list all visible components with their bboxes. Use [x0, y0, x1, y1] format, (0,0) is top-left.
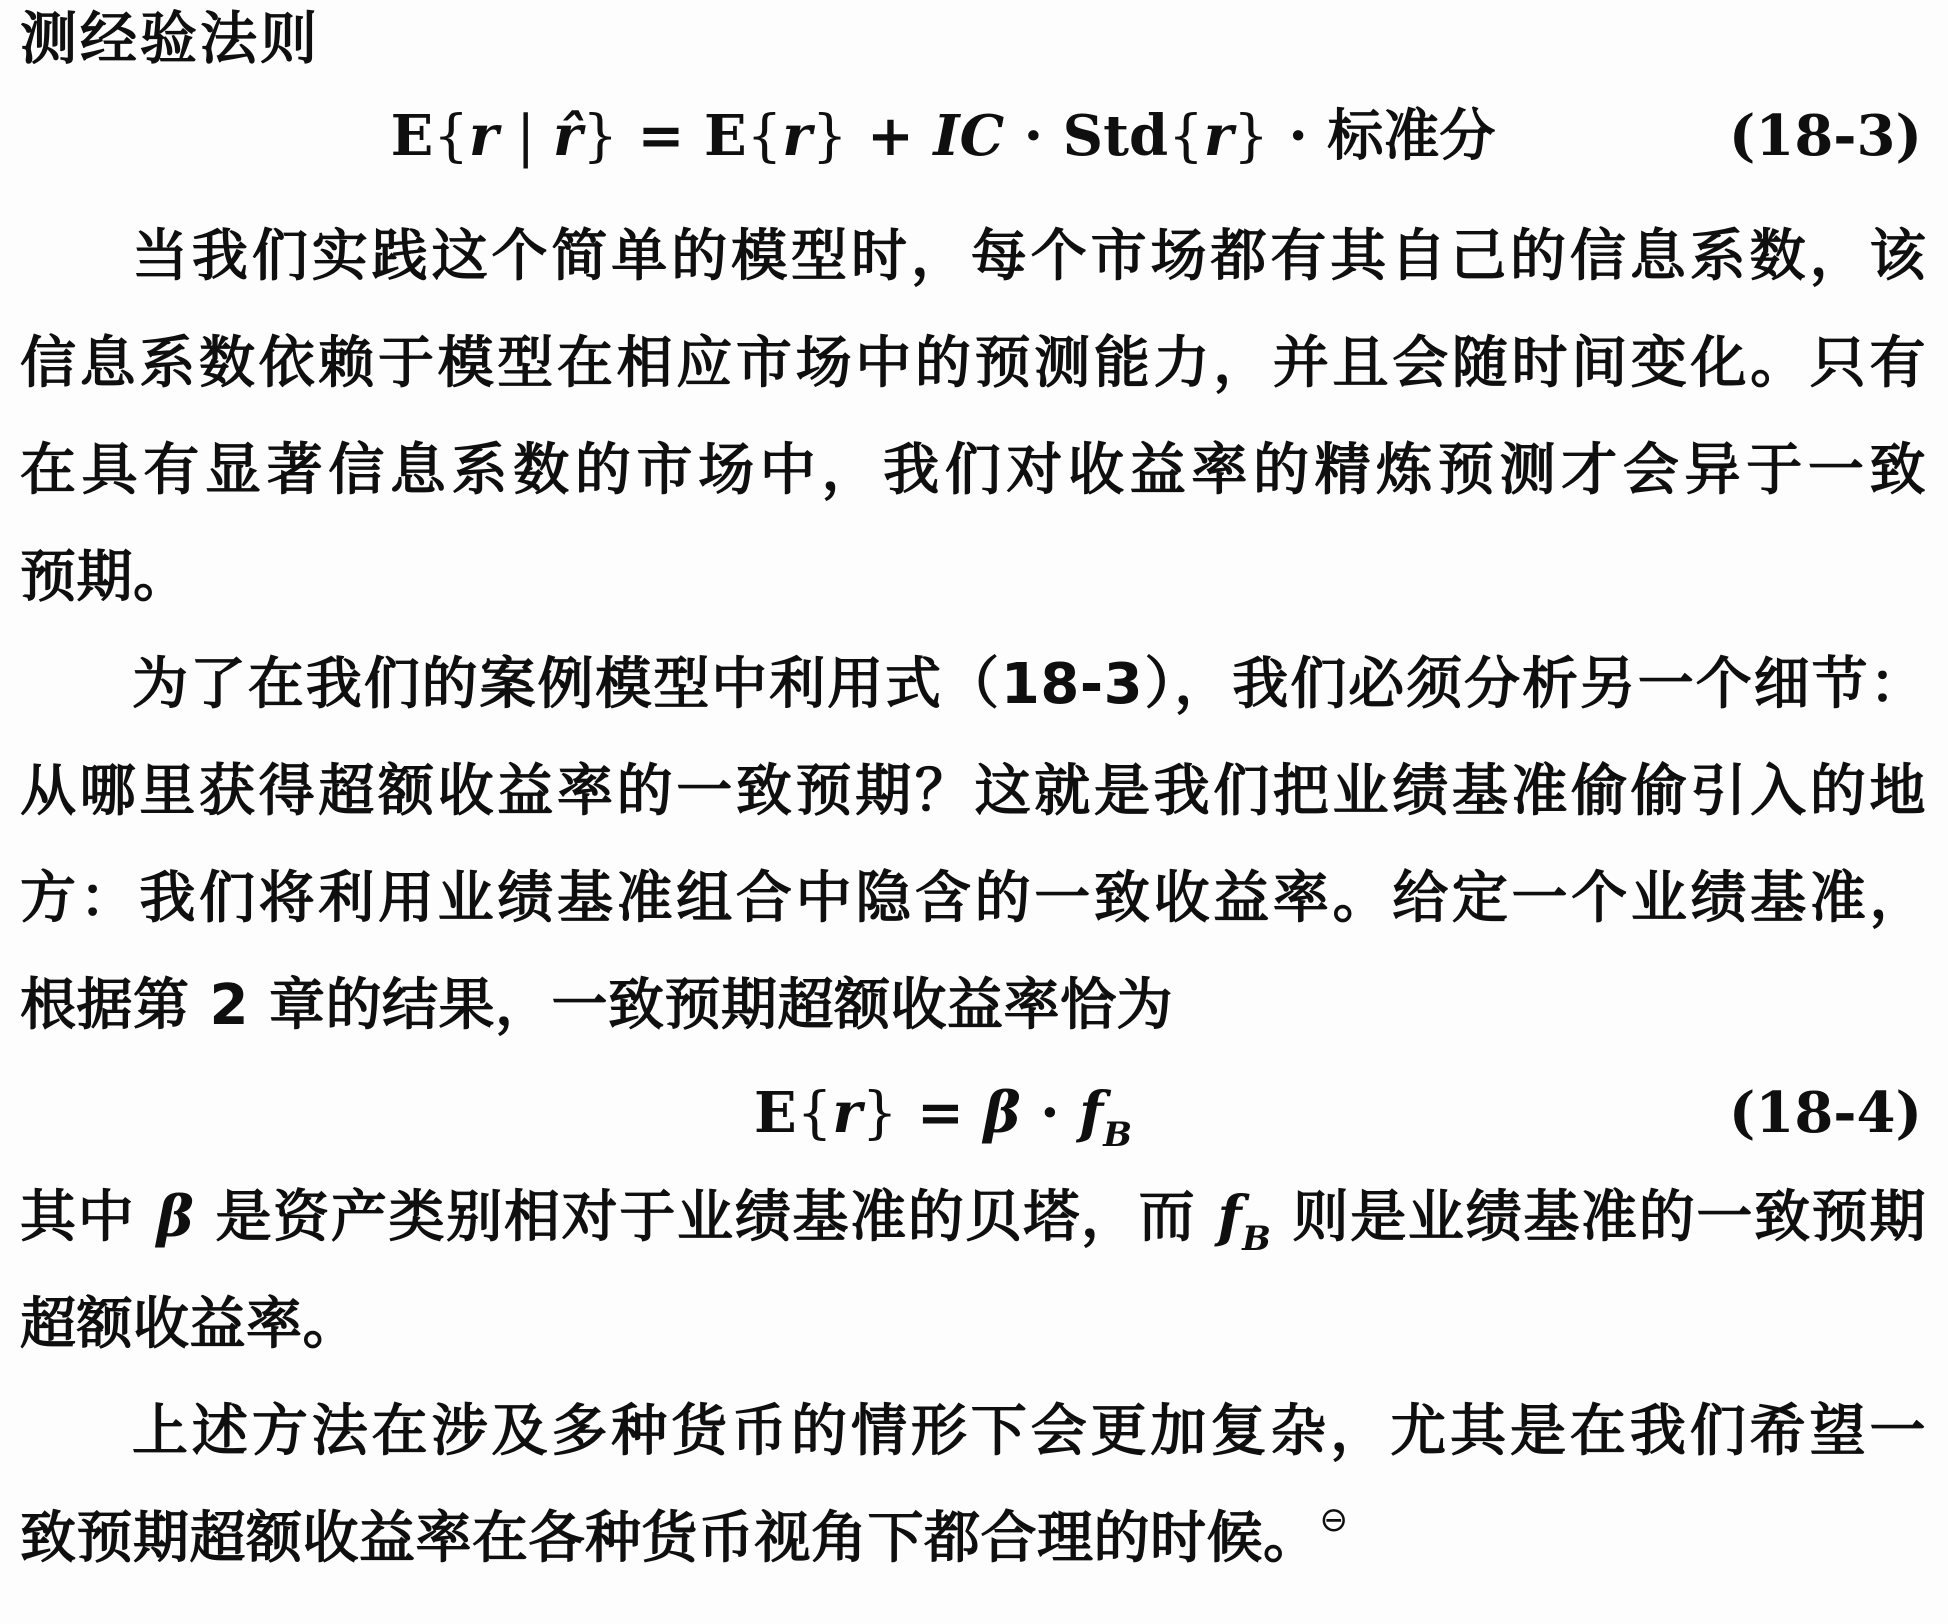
text-segment: 其中	[20, 1185, 157, 1250]
dot-operator: ·	[1021, 1080, 1080, 1146]
equation-18-3-formula: E{r | r̂} = E{r} + IC · Std{r} · 标准分	[391, 86, 1496, 187]
forecast-variable: r̂	[553, 103, 583, 169]
paragraph-2: 为了在我们的案例模型中利用式（18-3），我们必须分析另一个细节： 从哪里获得超…	[20, 631, 1926, 1059]
footnote-marker: ⊖	[1320, 1500, 1349, 1540]
dot-operator: ·	[1004, 103, 1063, 169]
text-line: 从哪里获得超额收益率的一致预期？这就是我们把业绩基准偷偷引入的地	[20, 738, 1926, 845]
std-operator: Std	[1063, 103, 1168, 169]
text-segment: 则是业绩基准的一致预期	[1271, 1185, 1926, 1250]
text-line: 致预期超额收益率在各种货币视角下都合理的时候。⊖	[20, 1485, 1926, 1592]
dot-operator: ·	[1269, 103, 1328, 169]
section-heading: 测经验法则	[20, 6, 1926, 72]
benchmark-forecast-variable: f	[1218, 1184, 1243, 1250]
text-line: 信息系数依赖于模型在相应市场中的预测能力，并且会随时间变化。只有	[20, 310, 1926, 417]
text-line: 上述方法在涉及多种货币的情形下会更加复杂，尤其是在我们希望一	[20, 1378, 1926, 1485]
expectation-operator: E	[704, 103, 747, 169]
benchmark-subscript: B	[1242, 1219, 1271, 1259]
text-line: 根据第 2 章的结果，一致预期超额收益率恰为	[20, 952, 1926, 1059]
beta-variable: β	[983, 1080, 1020, 1146]
open-brace: {	[797, 1081, 833, 1146]
zscore-term: 标准分	[1327, 104, 1495, 169]
paragraph-4: 上述方法在涉及多种货币的情形下会更加复杂，尤其是在我们希望一 致预期超额收益率在…	[20, 1378, 1926, 1592]
close-brace: }	[862, 1081, 898, 1146]
benchmark-forecast-variable: f	[1079, 1080, 1103, 1146]
open-brace: {	[433, 104, 469, 169]
text-line: 方：我们将利用业绩基准组合中隐含的一致收益率。给定一个业绩基准，	[20, 845, 1926, 952]
expectation-operator: E	[754, 1080, 797, 1146]
equation-18-3: E{r | r̂} = E{r} + IC · Std{r} · 标准分 (18…	[20, 86, 1926, 187]
return-variable: r	[1204, 103, 1234, 169]
text-line: 超额收益率。	[20, 1271, 1926, 1378]
return-variable: r	[832, 1080, 862, 1146]
paragraph-1: 当我们实践这个简单的模型时，每个市场都有其自己的信息系数，该 信息系数依赖于模型…	[20, 203, 1926, 631]
equals-sign: =	[618, 103, 704, 169]
book-page: 测经验法则 E{r | r̂} = E{r} + IC · Std{r} · 标…	[0, 0, 1948, 1624]
close-brace: }	[582, 104, 618, 169]
close-brace: }	[812, 104, 848, 169]
conditional-bar: |	[498, 104, 552, 169]
close-brace: }	[1233, 104, 1269, 169]
text-segment: 致预期超额收益率在各种货币视角下都合理的时候。	[20, 1506, 1320, 1571]
plus-sign: +	[847, 103, 933, 169]
text-line: 其中 β 是资产类别相对于业绩基准的贝塔，而 fB 则是业绩基准的一致预期	[20, 1164, 1926, 1271]
equation-number: (18-4)	[1729, 1063, 1922, 1163]
open-brace: {	[1168, 104, 1204, 169]
text-segment: 是资产类别相对于业绩基准的贝塔，而	[194, 1185, 1217, 1250]
return-variable: r	[782, 103, 812, 169]
benchmark-subscript: B	[1103, 1115, 1132, 1155]
equation-18-4: E{r} = β · fB (18-4)	[20, 1063, 1926, 1164]
equation-18-4-formula: E{r} = β · fB	[754, 1063, 1132, 1164]
return-variable: r	[469, 103, 499, 169]
beta-variable: β	[157, 1184, 195, 1250]
expectation-operator: E	[391, 103, 434, 169]
equation-number: (18-3)	[1729, 86, 1922, 186]
equals-sign: =	[898, 1080, 984, 1146]
text-line: 为了在我们的案例模型中利用式（18-3），我们必须分析另一个细节：	[20, 631, 1926, 738]
text-line: 在具有显著信息系数的市场中，我们对收益率的精炼预测才会异于一致	[20, 417, 1926, 524]
text-line: 预期。	[20, 524, 1926, 631]
text-line: 当我们实践这个简单的模型时，每个市场都有其自己的信息系数，该	[20, 203, 1926, 310]
open-brace: {	[747, 104, 783, 169]
information-coefficient: IC	[933, 103, 1004, 169]
paragraph-3: 其中 β 是资产类别相对于业绩基准的贝塔，而 fB 则是业绩基准的一致预期 超额…	[20, 1164, 1926, 1378]
